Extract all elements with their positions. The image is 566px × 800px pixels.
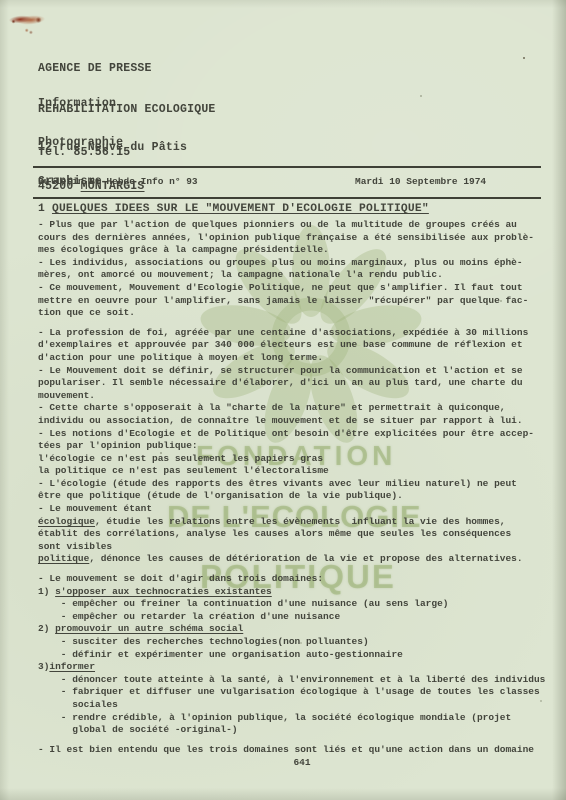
body-line: - empêcher ou retarder la création d'une…: [38, 611, 545, 624]
section-number: 1: [38, 203, 52, 215]
rust-stain: [8, 9, 48, 34]
body-line: - Le mouvement se doit d'agir dans trois…: [38, 573, 545, 586]
body-text: - La profession de foi, agréée par une c…: [38, 327, 528, 338]
body-text: être que politique (étude de l'organisat…: [38, 490, 403, 501]
body-text: d'action pour une politique à moyen et l…: [38, 352, 323, 363]
body-text: tion que ce soit.: [38, 307, 135, 318]
body-line: - L'écologie (étude des rapports des êtr…: [38, 478, 545, 491]
body-line: tion que ce soit.: [38, 307, 545, 320]
body-line: populariser. Il semble nécessaire d'élab…: [38, 377, 545, 390]
bulletin-date: Mardi 10 Septembre 1974: [355, 176, 486, 189]
body-line: individu ou association, de connaître le…: [38, 415, 545, 428]
body-text: - Plus que par l'action de quelques pion…: [38, 219, 517, 230]
underlined-text: promouvoir un autre schéma social: [55, 623, 243, 634]
body-text: mettre en oeuvre pour l'amplifier, sans …: [38, 295, 528, 306]
body-line: - Les individus, associations ou groupes…: [38, 257, 545, 270]
paragraph-gap: [38, 320, 545, 327]
body-text: la politique ce n'est pas seulement l'él…: [38, 465, 329, 476]
underlined-text: informer: [49, 661, 95, 672]
body-line: - Le Mouvement doit se définir, se struc…: [38, 365, 545, 378]
body-text: - empêcher ou retarder la création d'une…: [38, 611, 340, 622]
body-line: - dénoncer toute atteinte à la santé, à …: [38, 674, 545, 687]
body-text: - Le mouvement se doit d'agir dans trois…: [38, 573, 323, 584]
section-heading: 1 QUELQUES IDEES SUR LE "MOUVEMENT D'ECO…: [38, 203, 429, 215]
body-line: - rendre crédible, à l'opinion publique,…: [38, 712, 545, 725]
body-line: tées par l'opinion publique:: [38, 440, 545, 453]
body-line: - définir et expérimenter une organisati…: [38, 649, 545, 662]
body-line: l'écologie ce n'est pas seulement les pa…: [38, 453, 545, 466]
body-line: 3)informer: [38, 661, 545, 674]
body-line: - Ce mouvement, Mouvement d'Ecologie Pol…: [38, 282, 545, 295]
body-text: global de société -original-): [38, 724, 238, 735]
body-line: mettre en oeuvre pour l'amplifier, sans …: [38, 295, 545, 308]
body-text: - Ce mouvement, Mouvement d'Ecologie Pol…: [38, 282, 523, 293]
body-text: - rendre crédible, à l'opinion publique,…: [38, 712, 511, 723]
body-text: 3): [38, 661, 49, 672]
body-text: - définir et expérimenter une organisati…: [38, 649, 403, 660]
body-line: 2) promouvoir un autre schéma social: [38, 623, 545, 636]
section-title: QUELQUES IDEES SUR LE "MOUVEMENT D'ECOLO…: [52, 203, 429, 215]
body-text: établit des corrélations, analyse les ca…: [38, 528, 511, 539]
body-line: - Les notions d'Ecologie et de Politique…: [38, 428, 545, 441]
body-text: populariser. Il semble nécessaire d'élab…: [38, 377, 523, 388]
scanned-bulletin-page: FONDATION DE L'ECOLOGIE POLITIQUE AGENCE…: [0, 0, 566, 800]
body-line: cours des dernières années, l'opinion pu…: [38, 232, 545, 245]
body-line: sont visibles: [38, 541, 545, 554]
body-text: sociales: [38, 699, 118, 710]
body-text: tées par l'opinion publique:: [38, 440, 198, 451]
body-text: - susciter des recherches technologies(n…: [38, 636, 369, 647]
paragraph-gap: [38, 737, 545, 744]
page-number: 641: [38, 757, 566, 768]
body-text: - dénoncer toute atteinte à la santé, à …: [38, 674, 545, 685]
body-line: d'exemplaires et approuvée par 340 000 é…: [38, 339, 545, 352]
paragraph-gap: [38, 566, 545, 573]
body-text: , dénonce les causes de détérioration de…: [89, 553, 522, 564]
body-text: - Il est bien entendu que les trois doma…: [38, 744, 534, 755]
agency-phone: Tél. 85.56.15: [38, 146, 130, 160]
service-item: Information: [38, 97, 123, 110]
document-body: - Plus que par l'action de quelques pion…: [38, 219, 545, 756]
body-text: - Le mouvement étant: [38, 503, 152, 514]
body-text: - Le Mouvement doit se définir, se struc…: [38, 365, 523, 376]
body-line: 1) s'opposer aux technocraties existante…: [38, 586, 545, 599]
horizontal-rule-bottom: [33, 197, 541, 199]
body-line: - Le mouvement étant: [38, 503, 545, 516]
body-line: écologique, étudie les relations entre l…: [38, 516, 545, 529]
body-line: - La profession de foi, agréée par une c…: [38, 327, 545, 340]
body-text: mouvement.: [38, 390, 95, 401]
body-text: mères, ont amorcé ou mouvement; la campa…: [38, 269, 443, 280]
body-line: politique, dénonce les causes de détério…: [38, 553, 545, 566]
body-line: être que politique (étude de l'organisat…: [38, 490, 545, 503]
body-line: - empêcher ou freiner la continuation d'…: [38, 598, 545, 611]
body-text: l'écologie ce n'est pas seulement les pa…: [38, 453, 323, 464]
scan-specks: [0, 0, 2, 2]
bulletin-number: Bulletin Bi-Hebdo Info n° 93: [38, 176, 198, 189]
underlined-text: s'opposer aux technocraties existantes: [55, 586, 272, 597]
body-line: - susciter des recherches technologies(n…: [38, 636, 545, 649]
body-line: d'action pour une politique à moyen et l…: [38, 352, 545, 365]
body-line: - Cette charte s'opposerait à la "charte…: [38, 402, 545, 415]
body-text: - L'écologie (étude des rapports des êtr…: [38, 478, 517, 489]
body-line: établit des corrélations, analyse les ca…: [38, 528, 545, 541]
body-line: - Il est bien entendu que les trois doma…: [38, 744, 545, 757]
body-text: cours des dernières années, l'opinion pu…: [38, 232, 534, 243]
body-line: sociales: [38, 699, 545, 712]
body-line: la politique ce n'est pas seulement l'él…: [38, 465, 545, 478]
horizontal-rule-top: [33, 166, 541, 168]
body-text: 2): [38, 623, 55, 634]
underlined-text: écologique: [38, 516, 95, 527]
body-text: - fabriquer et diffuser une vulgarisatio…: [38, 686, 540, 697]
body-line: - Plus que par l'action de quelques pion…: [38, 219, 545, 232]
body-text: 1): [38, 586, 55, 597]
body-line: mes écologiques grâce à la campagne prés…: [38, 244, 545, 257]
body-line: mères, ont amorcé ou mouvement; la campa…: [38, 269, 545, 282]
underlined-text: politique: [38, 553, 89, 564]
body-text: - Les notions d'Ecologie et de Politique…: [38, 428, 534, 439]
body-text: mes écologiques grâce à la campagne prés…: [38, 244, 329, 255]
body-text: sont visibles: [38, 541, 112, 552]
body-text: d'exemplaires et approuvée par 340 000 é…: [38, 339, 523, 350]
body-line: mouvement.: [38, 390, 545, 403]
body-text: - Les individus, associations ou groupes…: [38, 257, 523, 268]
body-text: - empêcher ou freiner la continuation d'…: [38, 598, 448, 609]
body-text: individu ou association, de connaître le…: [38, 415, 523, 426]
body-line: global de société -original-): [38, 724, 545, 737]
body-text: - Cette charte s'opposerait à la "charte…: [38, 402, 505, 413]
body-line: - fabriquer et diffuser une vulgarisatio…: [38, 686, 545, 699]
body-text: , étudie les relations entre les évèneme…: [95, 516, 505, 527]
